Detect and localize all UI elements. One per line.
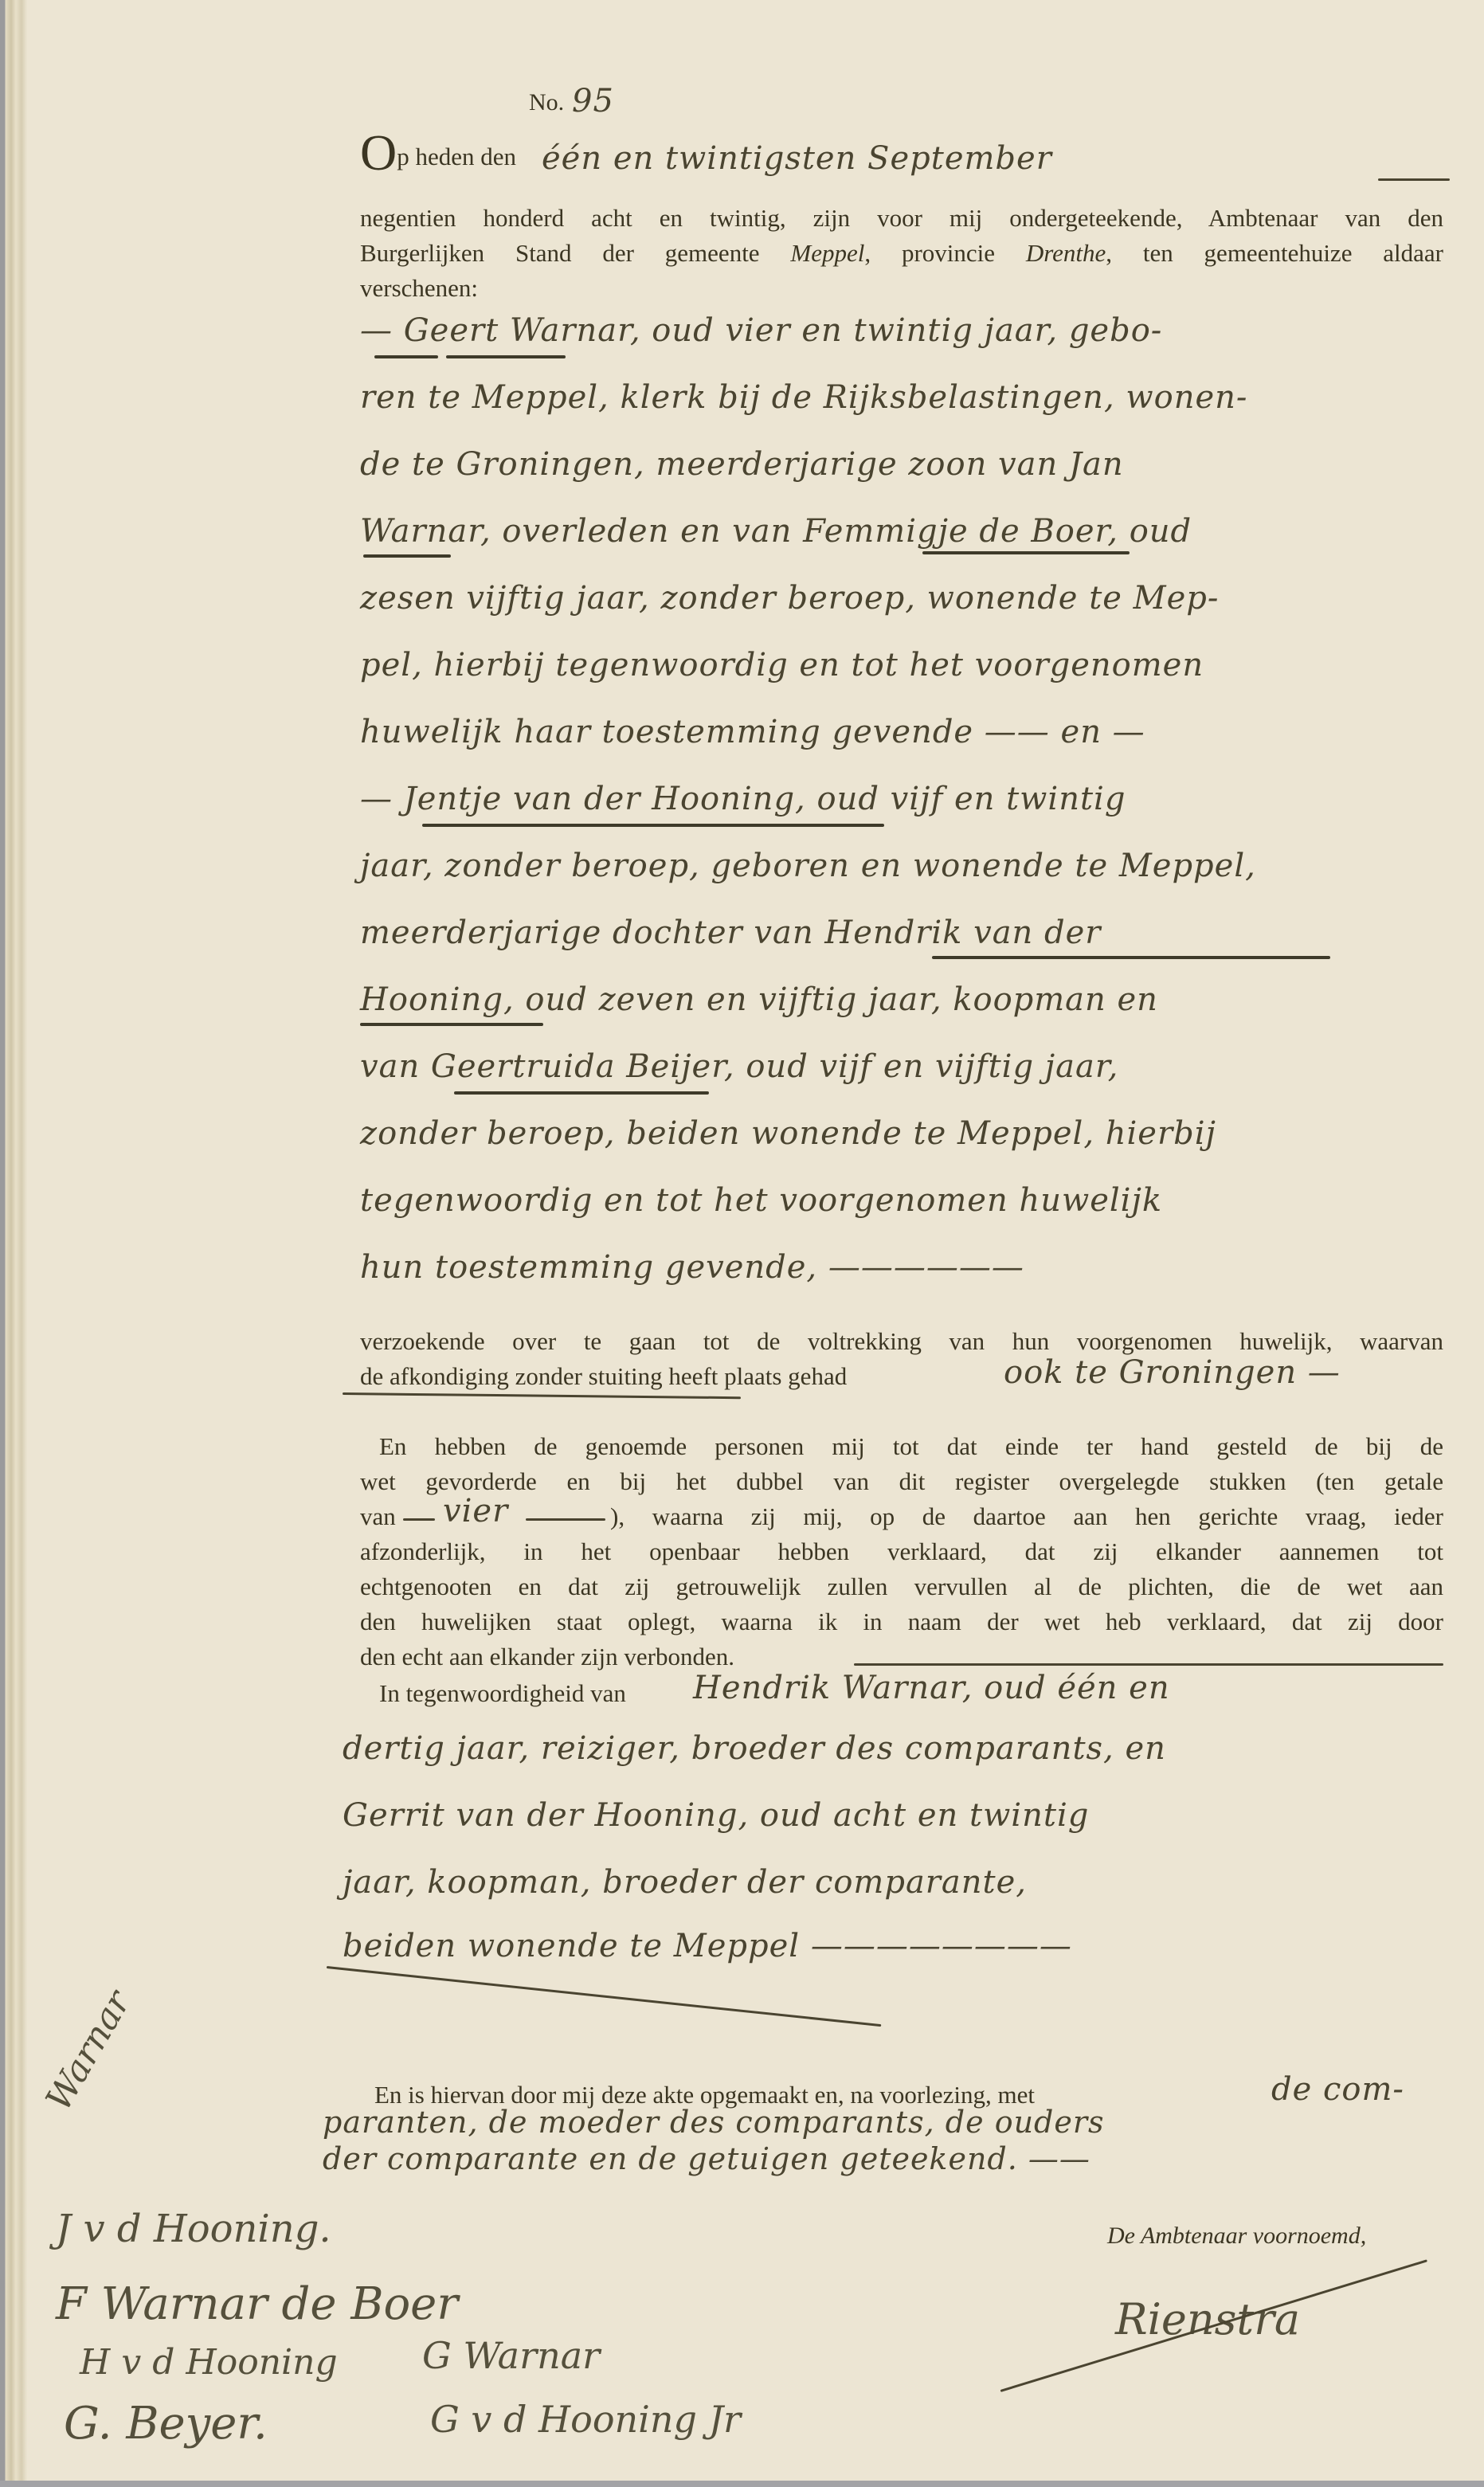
documents-line-2: wet gevorderde en bij het dubbel van dit… (360, 1467, 1443, 1496)
signature: G. Beyer. (64, 2398, 268, 2450)
signature: G v d Hooning Jr (430, 2398, 741, 2441)
signature: H v d Hooning (80, 2342, 338, 2383)
closing-line-hand: paranten, de moeder des comparants, de o… (323, 2105, 1105, 2140)
name-underline (363, 554, 451, 558)
groom-line: ren te Meppel, klerk bij de Rijksbelasti… (360, 379, 1247, 416)
signature: F Warnar de Boer (56, 2278, 458, 2330)
documents-line-6: den huwelijken staat oplegt, waarna ik i… (360, 1608, 1443, 1636)
header-line-4: verschenen: (360, 274, 478, 303)
header-line-2: negentien honderd acht en twintig, zijn … (360, 204, 1443, 233)
fill-line (403, 1518, 435, 1521)
bride-line: jaar, zonder beroep, geboren en wonende … (360, 848, 1256, 884)
bride-line: Hooning, oud zeven en vijftig jaar, koop… (360, 981, 1158, 1018)
certificate-page: No. 95 Op heden den één en twintigsten S… (0, 0, 1484, 2487)
documents-line-3b: ), waarna zij mij, op de daartoe aan hen… (610, 1502, 1443, 1531)
closing-line-hand: der comparante en de getuigen geteekend.… (323, 2141, 1090, 2176)
request-line-2: de afkondiging zonder stuiting heeft pla… (360, 1362, 847, 1391)
witness-line: Hendrik Warnar, oud één en (693, 1670, 1170, 1706)
fill-line (854, 1663, 1443, 1666)
closing-stroke-line (327, 1966, 881, 2027)
groom-line: huwelijk haar toestemming gevende —— en … (360, 714, 1145, 750)
certificate-number-label: No. (529, 89, 564, 116)
bride-line: van Geertruida Beijer, oud vijf en vijft… (360, 1048, 1118, 1085)
text: van (360, 1502, 396, 1530)
official-signature: Rienstra (1115, 2294, 1300, 2344)
header-op-heden: p heden den (397, 143, 516, 170)
groom-line: pel, hierbij tegenwoordig en tot het voo… (360, 647, 1204, 683)
page-bottom-edge (0, 2481, 1484, 2487)
name-underline (446, 355, 566, 358)
signature: J v d Hooning. (56, 2207, 331, 2251)
stroke-line (343, 1392, 741, 1399)
name-underline (932, 956, 1330, 959)
documents-line-5: echtgenooten en dat zij getrouwelijk zul… (360, 1572, 1443, 1601)
text: , ten gemeentehuize aldaar (1106, 239, 1443, 267)
request-line-1: verzoekende over te gaan tot de voltrekk… (360, 1327, 1443, 1356)
witness-line: Gerrit van der Hooning, oud acht en twin… (343, 1797, 1089, 1834)
drop-cap: O (360, 124, 397, 181)
bride-line: hun toestemming gevende, —————— (360, 1249, 1024, 1286)
signature-flourish (1000, 2259, 1427, 2392)
date-handwritten: één en twintigsten September (542, 140, 1052, 177)
page-binding-edge (0, 0, 27, 2487)
groom-line: — Geert Warnar, oud vier en twintig jaar… (360, 312, 1162, 349)
witness-line: jaar, koopman, broeder der comparante, (343, 1864, 1027, 1901)
fill-line (526, 1518, 605, 1521)
bride-line: tegenwoordig en tot het voorgenomen huwe… (360, 1182, 1162, 1219)
name-underline (922, 551, 1130, 554)
header-line-1: Op heden den (360, 127, 516, 178)
official-label: De Ambtenaar voornoemd, (1107, 2223, 1366, 2250)
province: Drenthe (1026, 239, 1106, 267)
documents-line-4: afzonderlijk, in het openbaar hebben ver… (360, 1537, 1443, 1566)
groom-line: de te Groningen, meerderjarige zoon van … (360, 446, 1124, 483)
municipality: Meppel (790, 239, 864, 267)
fill-line (1378, 178, 1450, 181)
witness-line: dertig jaar, reiziger, broeder des compa… (343, 1730, 1166, 1767)
groom-line: Warnar, overleden en van Femmigje de Boe… (360, 513, 1192, 550)
document-count: vier (443, 1493, 508, 1529)
request-handwritten: ook te Groningen — (1004, 1354, 1341, 1391)
bride-line: — Jentje van der Hooning, oud vijf en tw… (360, 781, 1126, 817)
documents-line-3: van (360, 1502, 396, 1531)
signature: Warnar (38, 1984, 139, 2117)
documents-line-1: En hebben de genoemde personen mij tot d… (379, 1432, 1443, 1461)
text: Burgerlijken Stand der gemeente (360, 239, 760, 267)
certificate-number: 95 (572, 83, 614, 119)
header-line-3: Burgerlijken Stand der gemeente Meppel, … (360, 239, 1443, 268)
bride-line: meerderjarige dochter van Hendrik van de… (360, 915, 1101, 951)
signature: G Warnar (422, 2334, 600, 2377)
closing-handwritten: de com- (1271, 2071, 1404, 2108)
name-underline (360, 1023, 543, 1026)
bride-line: zonder beroep, beiden wonende te Meppel,… (360, 1115, 1216, 1152)
text: , provincie (864, 239, 995, 267)
witness-intro: In tegenwoordigheid van (379, 1679, 626, 1708)
documents-line-7: den echt aan elkander zijn verbonden. (360, 1643, 734, 1671)
name-underline (422, 824, 884, 827)
name-underline (454, 1091, 709, 1095)
name-underline (374, 355, 438, 358)
groom-line: zesen vijftig jaar, zonder beroep, wonen… (360, 580, 1219, 617)
witness-line: beiden wonende te Meppel ———————— (343, 1928, 1072, 1964)
